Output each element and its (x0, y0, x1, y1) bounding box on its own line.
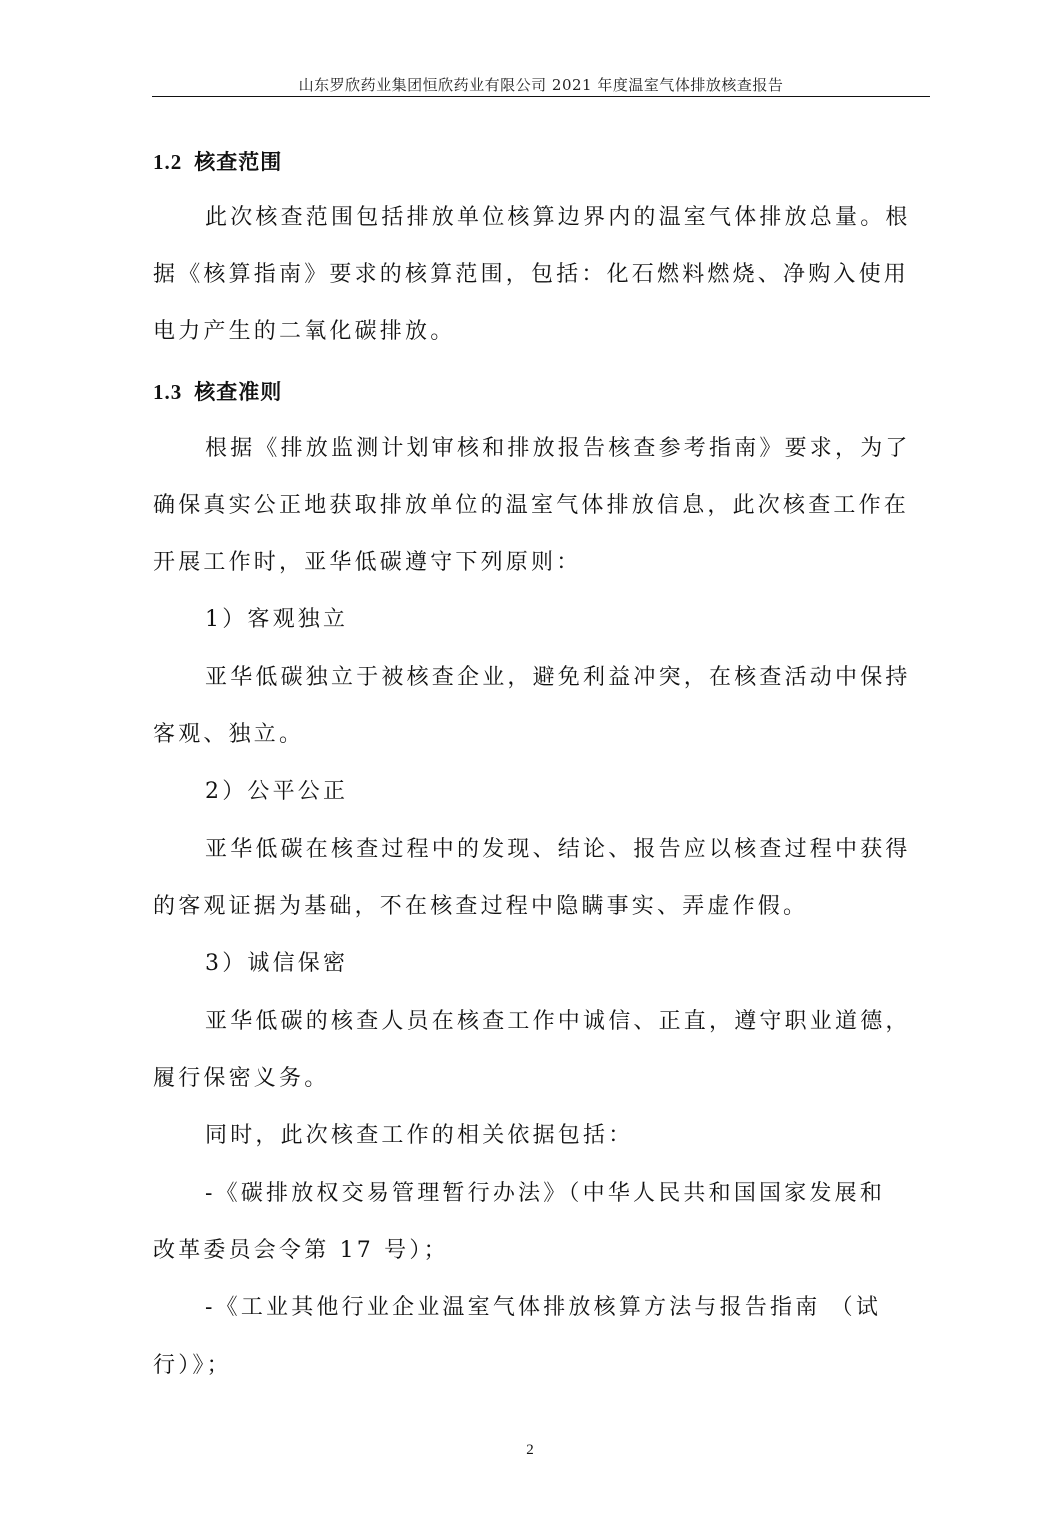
paragraph-line: 电力产生的二氧化碳排放。 (153, 314, 928, 345)
section-title: 核查范围 (194, 149, 282, 174)
principle-heading: 1）客观独立 (205, 602, 928, 633)
paragraph-line: 亚华低碳在核查过程中的发现、结论、报告应以核查过程中获得 (205, 832, 928, 863)
principle-heading: 3）诚信保密 (205, 946, 928, 977)
paragraph-line: 确保真实公正地获取排放单位的温室气体排放信息，此次核查工作在 (153, 488, 928, 519)
reference-item-cont: 行）》； (153, 1348, 928, 1379)
page-number: 2 (0, 1442, 1060, 1459)
section-number: 1.2 (153, 150, 182, 174)
paragraph-line: 根据《排放监测计划审核和排放报告核查参考指南》要求，为了 (205, 431, 928, 462)
section-heading-1-2: 1.2核查范围 (153, 146, 282, 176)
section-number: 1.3 (153, 380, 182, 404)
paragraph-line: 据《核算指南》要求的核算范围，包括：化石燃料燃烧、净购入使用 (153, 257, 928, 288)
paragraph-line: 开展工作时，亚华低碳遵守下列原则： (153, 545, 928, 576)
paragraph-line: 同时，此次核查工作的相关依据包括： (205, 1118, 928, 1149)
principle-heading: 2）公平公正 (205, 774, 928, 805)
paragraph-line: 履行保密义务。 (153, 1061, 928, 1092)
reference-item: -《碳排放权交易管理暂行办法》（中华人民共和国国家发展和 (205, 1176, 928, 1207)
paragraph-line: 此次核查范围包括排放单位核算边界内的温室气体排放总量。根 (205, 200, 928, 231)
paragraph-line: 客观、独立。 (153, 717, 928, 748)
reference-item-cont: 改革委员会令第 17 号）； (153, 1233, 928, 1264)
running-header: 山东罗欣药业集团恒欣药业有限公司 2021 年度温室气体排放核查报告 (152, 74, 930, 95)
header-divider (152, 96, 930, 97)
paragraph-line: 亚华低碳的核查人员在核查工作中诚信、正直，遵守职业道德， (205, 1004, 928, 1035)
paragraph-line: 的客观证据为基础，不在核查过程中隐瞒事实、弄虚作假。 (153, 889, 928, 920)
paragraph-line: 亚华低碳独立于被核查企业，避免利益冲突，在核查活动中保持 (205, 660, 928, 691)
reference-item: -《工业其他行业企业温室气体排放核算方法与报告指南 （试 (205, 1290, 928, 1321)
section-heading-1-3: 1.3核查准则 (153, 376, 282, 406)
section-title: 核查准则 (194, 379, 282, 404)
